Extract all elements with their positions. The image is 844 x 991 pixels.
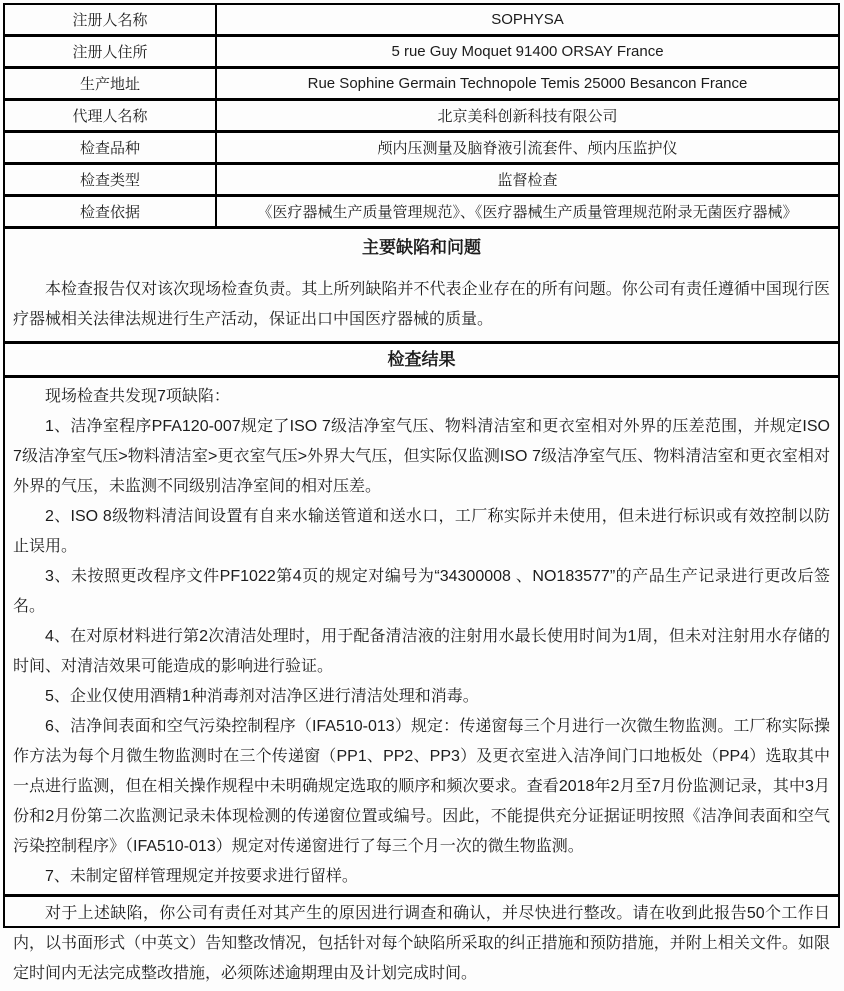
field-label-inspection-type: 检查类型	[5, 164, 216, 196]
table-row: 生产地址 Rue Sophine Germain Technopole Temi…	[5, 68, 838, 100]
defect-item-2: 2、ISO 8级物料清洁间设置有自来水输送管道和送水口，工厂称实际并未使用，但未…	[13, 502, 830, 562]
defect-item-4: 4、在对原材料进行第2次清洁处理时，用于配备清洁液的注射用水最长使用时间为1周，…	[13, 622, 830, 682]
defect-item-5: 5、企业仅使用酒精1种消毒剂对洁净区进行清洁处理和消毒。	[13, 682, 830, 712]
defect-item-7: 7、未制定留样管理规定并按要求进行留样。	[13, 862, 830, 892]
field-label-inspection-product: 检查品种	[5, 132, 216, 164]
field-label-registrant-address: 注册人住所	[5, 36, 216, 68]
rectification-instructions-paragraph: 对于上述缺陷，你公司有责任对其产生的原因进行调查和确认，并尽快进行整改。请在收到…	[13, 899, 830, 989]
field-value-inspection-type: 监督检查	[216, 164, 838, 196]
info-table: 注册人名称 SOPHYSA 注册人住所 5 rue Guy Moquet 914…	[5, 5, 838, 229]
table-row: 检查类型 监督检查	[5, 164, 838, 196]
table-row: 注册人名称 SOPHYSA	[5, 5, 838, 36]
field-value-agent-name: 北京美科创新科技有限公司	[216, 100, 838, 132]
field-value-registrant-name: SOPHYSA	[216, 5, 838, 36]
table-row: 代理人名称 北京美科创新科技有限公司	[5, 100, 838, 132]
results-intro: 现场检查共发现7项缺陷：	[13, 382, 830, 412]
field-value-inspection-basis: 《医疗器械生产质量管理规范》、《医疗器械生产质量管理规范附录无菌医疗器械》	[216, 196, 838, 228]
defects-section-title: 主要缺陷和问题	[5, 229, 838, 263]
defect-item-3: 3、未按照更改程序文件PF1022第4页的规定对编号为“34300008 、NO…	[13, 562, 830, 622]
table-row: 检查依据 《医疗器械生产质量管理规范》、《医疗器械生产质量管理规范附录无菌医疗器…	[5, 196, 838, 228]
report-frame: 注册人名称 SOPHYSA 注册人住所 5 rue Guy Moquet 914…	[3, 3, 840, 928]
table-row: 注册人住所 5 rue Guy Moquet 91400 ORSAY Franc…	[5, 36, 838, 68]
table-row: 检查品种 颅内压测量及脑脊液引流套件、颅内压监护仪	[5, 132, 838, 164]
field-value-inspection-product: 颅内压测量及脑脊液引流套件、颅内压监护仪	[216, 132, 838, 164]
field-label-agent-name: 代理人名称	[5, 100, 216, 132]
inspection-report-page: 注册人名称 SOPHYSA 注册人住所 5 rue Guy Moquet 914…	[0, 0, 844, 931]
defect-item-1: 1、洁净室程序PFA120-007规定了ISO 7级洁净室气压、物料清洁室和更衣…	[13, 412, 830, 502]
field-value-production-address: Rue Sophine Germain Technopole Temis 250…	[216, 68, 838, 100]
results-section-body: 现场检查共发现7项缺陷： 1、洁净室程序PFA120-007规定了ISO 7级洁…	[5, 378, 838, 894]
field-label-production-address: 生产地址	[5, 68, 216, 100]
field-label-inspection-basis: 检查依据	[5, 196, 216, 228]
defects-section: 主要缺陷和问题 本检查报告仅对该次现场检查负责。其上所列缺陷并不代表企业存在的所…	[5, 229, 838, 341]
results-section-title: 检查结果	[5, 341, 838, 378]
defects-disclaimer-paragraph: 本检查报告仅对该次现场检查负责。其上所列缺陷并不代表企业存在的所有问题。你公司有…	[13, 275, 830, 335]
defect-item-6: 6、洁净间表面和空气污染控制程序（IFA510-013）规定：传递窗每三个月进行…	[13, 712, 830, 862]
field-label-registrant-name: 注册人名称	[5, 5, 216, 36]
footer-section: 对于上述缺陷，你公司有责任对其产生的原因进行调查和确认，并尽快进行整改。请在收到…	[5, 894, 838, 991]
field-value-registrant-address: 5 rue Guy Moquet 91400 ORSAY France	[216, 36, 838, 68]
